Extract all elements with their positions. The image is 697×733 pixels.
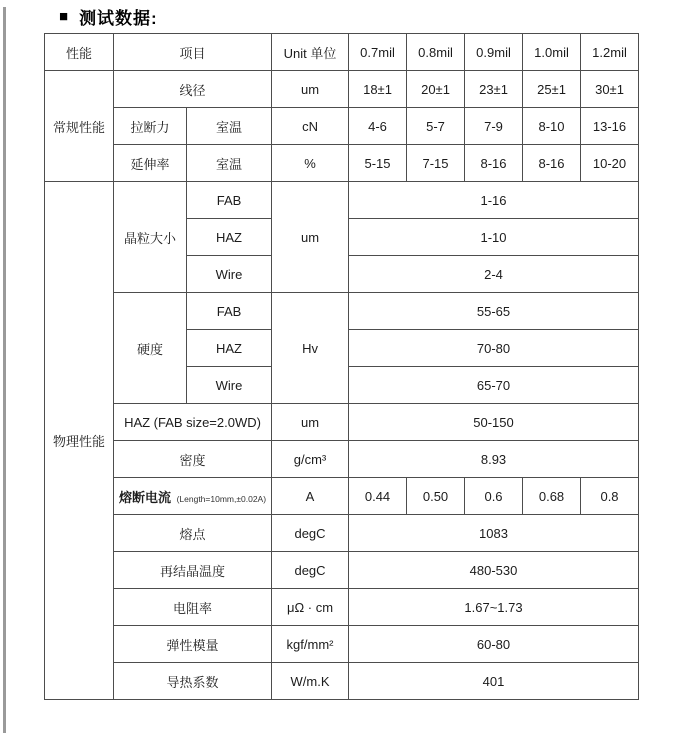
fusing-current-value-1: 0.50	[407, 478, 465, 515]
row-elastic-modulus: 弹性模量 kgf/mm² 60-80	[45, 626, 639, 663]
resistivity-label: 电阻率	[114, 589, 272, 626]
break-force-value-2: 7-9	[465, 108, 523, 145]
header-row: 性能 项目 Unit 单位 0.7mil 0.8mil 0.9mil 1.0mi…	[45, 34, 639, 71]
header-performance: 性能	[45, 34, 114, 71]
header-size-0.8mil: 0.8mil	[407, 34, 465, 71]
hardness-unit: Hv	[272, 293, 349, 404]
fusing-current-note: (Length=10mm,±0.02A)	[177, 494, 266, 504]
diameter-value-1: 20±1	[407, 71, 465, 108]
grain-size-wire-label: Wire	[187, 256, 272, 293]
fusing-current-label: 熔断电流	[119, 490, 171, 505]
elastic-modulus-value: 60-80	[349, 626, 639, 663]
recrystallization-temp-label: 再结晶温度	[114, 552, 272, 589]
diameter-value-2: 23±1	[465, 71, 523, 108]
section-physical: 物理性能	[45, 182, 114, 700]
row-melting-point: 熔点 degC 1083	[45, 515, 639, 552]
hardness-label: 硬度	[114, 293, 187, 404]
elastic-modulus-label: 弹性模量	[114, 626, 272, 663]
hardness-fab-label: FAB	[187, 293, 272, 330]
hardness-wire-label: Wire	[187, 367, 272, 404]
thermal-conductivity-label: 导热系数	[114, 663, 272, 700]
haz-value: 50-150	[349, 404, 639, 441]
elongation-condition: 室温	[187, 145, 272, 182]
density-unit: g/cm³	[272, 441, 349, 478]
melting-point-value: 1083	[349, 515, 639, 552]
diameter-value-0: 18±1	[349, 71, 407, 108]
fusing-current-value-2: 0.6	[465, 478, 523, 515]
elongation-unit: %	[272, 145, 349, 182]
grain-size-haz-value: 1-10	[349, 219, 639, 256]
elongation-label: 延伸率	[114, 145, 187, 182]
diameter-value-3: 25±1	[523, 71, 581, 108]
row-grain-size-fab: 物理性能 晶粒大小 FAB um 1-16	[45, 182, 639, 219]
header-size-0.7mil: 0.7mil	[349, 34, 407, 71]
row-resistivity: 电阻率 μΩ · cm 1.67~1.73	[45, 589, 639, 626]
diameter-value-4: 30±1	[581, 71, 639, 108]
row-density: 密度 g/cm³ 8.93	[45, 441, 639, 478]
grain-size-wire-value: 2-4	[349, 256, 639, 293]
recrystallization-temp-value: 480-530	[349, 552, 639, 589]
section-general: 常规性能	[45, 71, 114, 182]
haz-label: HAZ (FAB size=2.0WD)	[114, 404, 272, 441]
header-size-0.9mil: 0.9mil	[465, 34, 523, 71]
fusing-current-label-cell: 熔断电流 (Length=10mm,±0.02A)	[114, 478, 272, 515]
elongation-value-2: 8-16	[465, 145, 523, 182]
haz-unit: um	[272, 404, 349, 441]
grain-size-fab-value: 1-16	[349, 182, 639, 219]
row-recrystallization-temp: 再结晶温度 degC 480-530	[45, 552, 639, 589]
header-size-1.2mil: 1.2mil	[581, 34, 639, 71]
break-force-value-0: 4-6	[349, 108, 407, 145]
page-edge-bar	[3, 7, 6, 733]
diameter-label: 线径	[114, 71, 272, 108]
hardness-haz-value: 70-80	[349, 330, 639, 367]
section-title-text: 测试数据:	[79, 4, 158, 29]
resistivity-value: 1.67~1.73	[349, 589, 639, 626]
elongation-value-4: 10-20	[581, 145, 639, 182]
hardness-haz-label: HAZ	[187, 330, 272, 367]
break-force-label: 拉断力	[114, 108, 187, 145]
header-size-1.0mil: 1.0mil	[523, 34, 581, 71]
row-elongation: 延伸率 室温 % 5-15 7-15 8-16 8-16 10-20	[45, 145, 639, 182]
break-force-condition: 室温	[187, 108, 272, 145]
break-force-unit: cN	[272, 108, 349, 145]
row-thermal-conductivity: 导热系数 W/m.K 401	[45, 663, 639, 700]
hardness-wire-value: 65-70	[349, 367, 639, 404]
density-value: 8.93	[349, 441, 639, 478]
fusing-current-unit: A	[272, 478, 349, 515]
break-force-value-3: 8-10	[523, 108, 581, 145]
elongation-value-0: 5-15	[349, 145, 407, 182]
fusing-current-value-3: 0.68	[523, 478, 581, 515]
row-diameter: 常规性能 线径 um 18±1 20±1 23±1 25±1 30±1	[45, 71, 639, 108]
hardness-fab-value: 55-65	[349, 293, 639, 330]
diameter-unit: um	[272, 71, 349, 108]
density-label: 密度	[114, 441, 272, 478]
resistivity-unit: μΩ · cm	[272, 589, 349, 626]
break-force-value-4: 13-16	[581, 108, 639, 145]
fusing-current-value-0: 0.44	[349, 478, 407, 515]
row-haz: HAZ (FAB size=2.0WD) um 50-150	[45, 404, 639, 441]
section-title: ■ 测试数据:	[59, 4, 158, 29]
fusing-current-value-4: 0.8	[581, 478, 639, 515]
grain-size-label: 晶粒大小	[114, 182, 187, 293]
grain-size-fab-label: FAB	[187, 182, 272, 219]
elongation-value-1: 7-15	[407, 145, 465, 182]
row-hardness-fab: 硬度 FAB Hv 55-65	[45, 293, 639, 330]
header-unit: Unit 单位	[272, 34, 349, 71]
break-force-value-1: 5-7	[407, 108, 465, 145]
grain-size-haz-label: HAZ	[187, 219, 272, 256]
grain-size-unit: um	[272, 182, 349, 293]
test-data-table: 性能 项目 Unit 单位 0.7mil 0.8mil 0.9mil 1.0mi…	[44, 33, 639, 700]
header-item: 项目	[114, 34, 272, 71]
row-fusing-current: 熔断电流 (Length=10mm,±0.02A) A 0.44 0.50 0.…	[45, 478, 639, 515]
square-bullet-icon: ■	[59, 8, 69, 25]
melting-point-label: 熔点	[114, 515, 272, 552]
elongation-value-3: 8-16	[523, 145, 581, 182]
recrystallization-temp-unit: degC	[272, 552, 349, 589]
thermal-conductivity-value: 401	[349, 663, 639, 700]
elastic-modulus-unit: kgf/mm²	[272, 626, 349, 663]
row-break-force: 拉断力 室温 cN 4-6 5-7 7-9 8-10 13-16	[45, 108, 639, 145]
melting-point-unit: degC	[272, 515, 349, 552]
thermal-conductivity-unit: W/m.K	[272, 663, 349, 700]
